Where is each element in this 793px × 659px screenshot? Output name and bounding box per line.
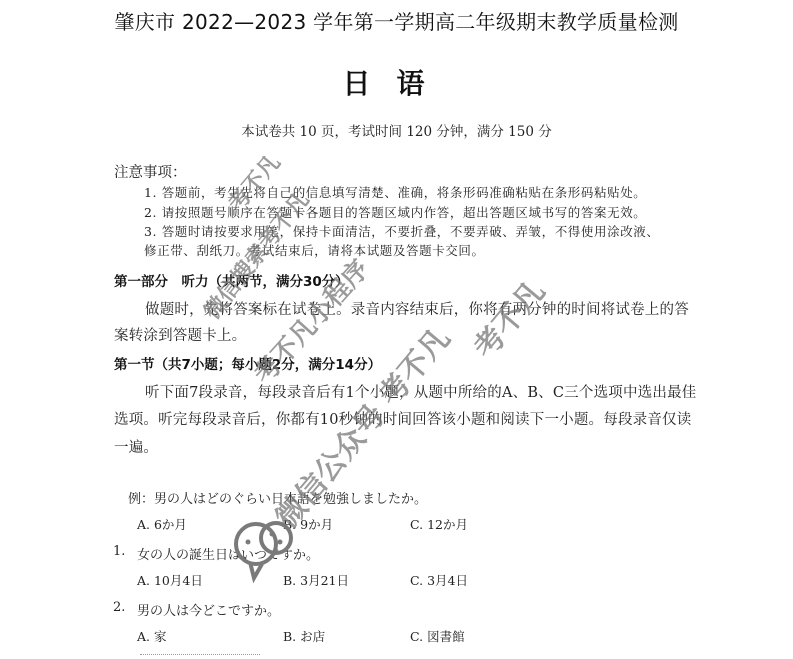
option-b: B. お店 <box>283 627 325 645</box>
notice-item-3: 3. 答题时请按要求用笔，保持卡面清洁，不要折叠，不要弄破、弄皱，不得使用涂改液… <box>144 222 660 240</box>
section1-line2: 选项。听完每段录音后，你都有10秒钟的时间回答该小题和阅读下一小题。每段录音仅读 <box>114 408 691 429</box>
option-c: C. 図書館 <box>410 627 465 645</box>
question-text: 男の人はどのぐらい日本語を勉強しましたか。 <box>154 492 427 507</box>
exam-page: 肇庆市 2022—2023 学年第一学期高二年级期末教学质量检测 日语 本试卷共… <box>0 0 793 659</box>
option-a: A. 10月4日 <box>137 571 203 589</box>
question-example: 例：男の人はどのぐらい日本語を勉強しましたか。 <box>128 488 427 507</box>
section1-heading: 第一节（共7小题；每小题2分，满分14分） <box>114 353 381 373</box>
notice-item-1: 1. 答题前，考生先将自己的信息填写清楚、准确，将条形码准确粘贴在条形码粘贴处。 <box>144 183 646 201</box>
question-2-text: 男の人は今どこですか。 <box>137 600 280 619</box>
question-1-number: 1. <box>113 544 125 559</box>
part1-instructions-line2: 案转涂到答题卡上。 <box>114 324 246 345</box>
section1-line3: 一遍。 <box>114 436 158 457</box>
exam-title: 肇庆市 2022—2023 学年第一学期高二年级期末教学质量检测 <box>0 6 793 35</box>
option-c: C. 12か月 <box>410 515 468 533</box>
option-b: B. 9か月 <box>283 515 333 533</box>
cutoff-line <box>140 654 260 657</box>
option-a: A. 6か月 <box>137 515 187 533</box>
option-c: C. 3月4日 <box>410 571 468 589</box>
notice-item-2: 2. 请按照题号顺序在答题卡各题目的答题区域内作答，超出答题区域书写的答案无效。 <box>144 203 646 221</box>
question-number: 例： <box>128 492 154 507</box>
option-b: B. 3月21日 <box>283 571 349 589</box>
notice-item-3-cont: 修正带、刮纸刀。考试结束后，请将本试题及答题卡交回。 <box>144 241 485 259</box>
subject-title: 日语 <box>0 62 793 102</box>
exam-info: 本试卷共 10 页，考试时间 120 分钟，满分 150 分 <box>0 120 793 140</box>
part1-heading: 第一部分 听力（共两节，满分30分） <box>114 270 349 290</box>
notice-title: 注意事项： <box>114 161 187 182</box>
question-2-number: 2. <box>113 600 125 615</box>
section1-line1: 听下面7段录音，每段录音后有1个小题，从题中所给的A、B、C三个选项中选出最佳 <box>145 381 696 402</box>
part1-instructions-line1: 做题时，先将答案标在试卷上。录音内容结束后，你将有两分钟的时间将试卷上的答 <box>145 298 689 319</box>
option-a: A. 家 <box>137 627 166 645</box>
question-1-text: 女の人の誕生日はいつですか。 <box>137 544 319 563</box>
